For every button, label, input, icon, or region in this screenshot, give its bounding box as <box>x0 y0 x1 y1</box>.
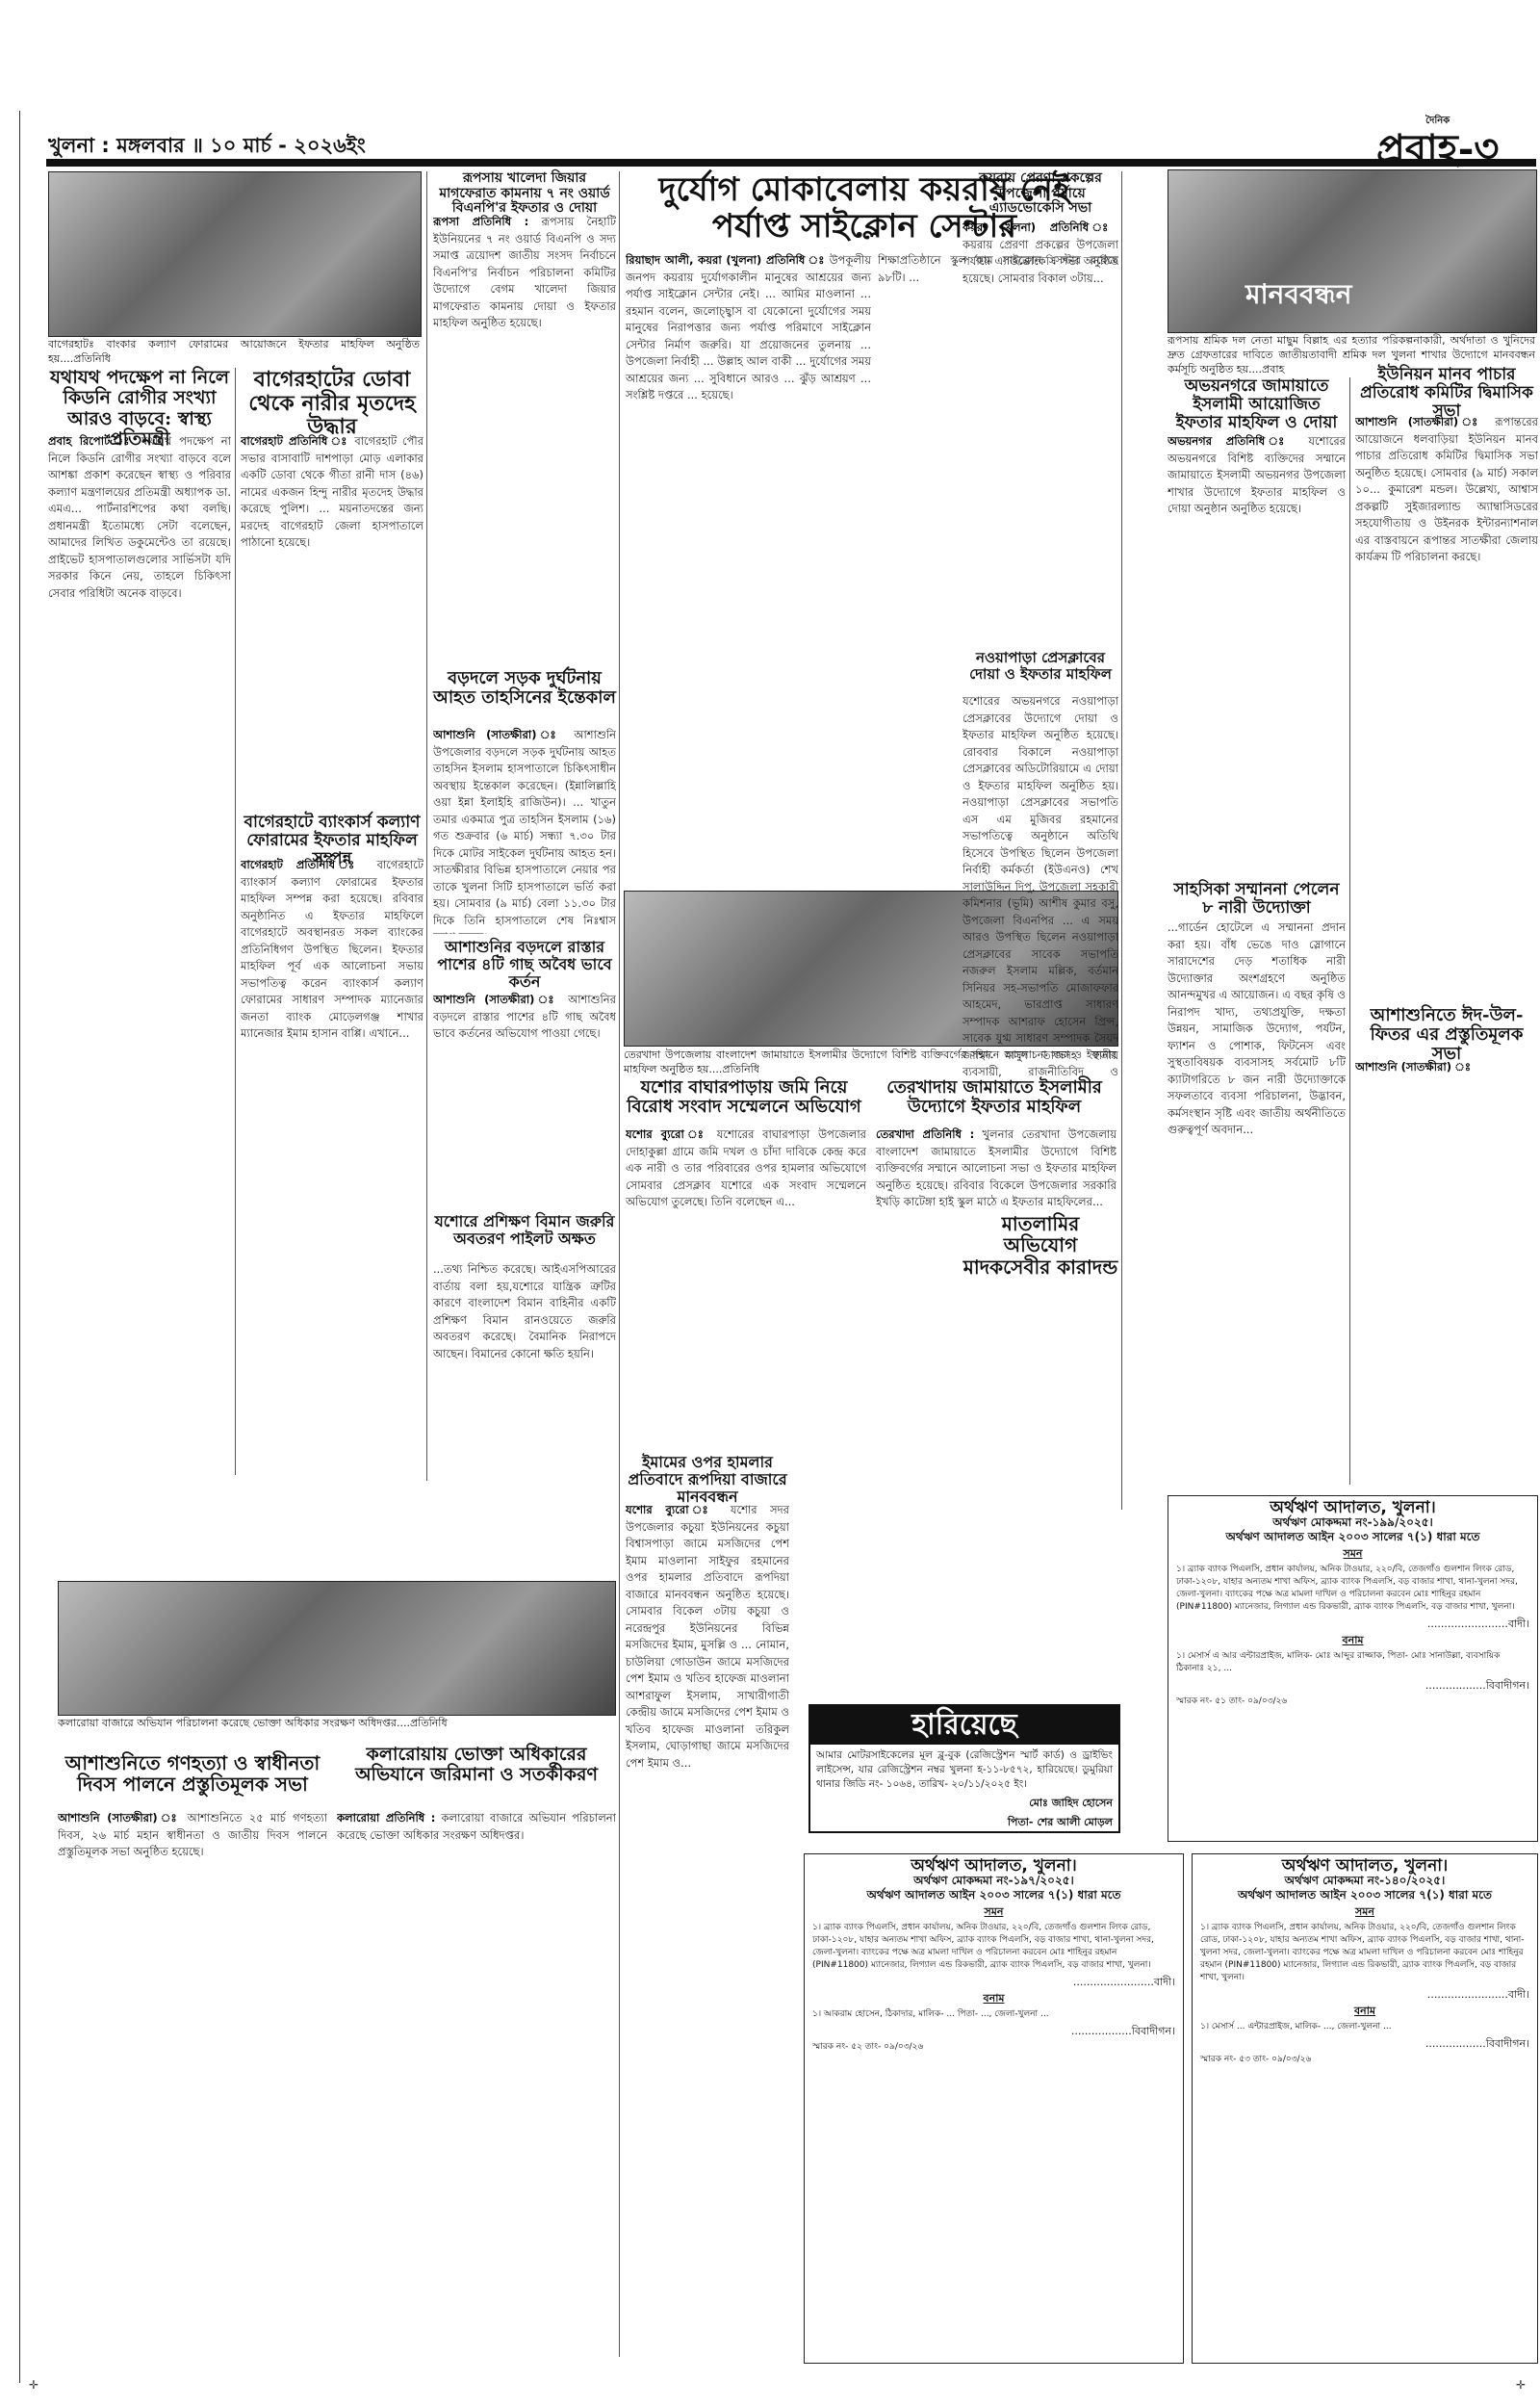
plaintiff-text: ১। ব্র্যাক ব্যাংক পিএলসি, প্রধান কার্যাল… <box>1200 1922 1529 1984</box>
defendant-text: ১। মেসার্স ... এন্টারপ্রাইজ, মালিক- ...,… <box>1200 2021 1529 2033</box>
headline-kalaroa: কলারোয়ায় ভোক্তা অধিকারের অভিযানে জরিমা… <box>337 1745 616 1786</box>
court-name: অর্থঋণ আদালত, খুলনা। <box>1200 1860 1529 1873</box>
defendant-label: ..................বিবাদীগন। <box>1200 2037 1529 2050</box>
article-body: রূপসায় নৈহাটি ইউনিয়নের ৭ নং ওয়ার্ড বি… <box>433 215 616 329</box>
article-kalaroa: কলারোয়া প্রতিনিধি : কলারোয়া বাজারে অভি… <box>337 1810 616 2349</box>
summons-label: সমন <box>1200 1905 1529 1918</box>
versus-label: বনাম <box>1176 1634 1529 1646</box>
masthead: দৈনিক প্রবাহ-৩ The Daily Probaho <box>1376 114 1499 177</box>
photo-caption: বাগেরহাটঃ বাংকার কল্যাণ ফোরামের আয়োজনে … <box>48 337 420 366</box>
headline-rupsha-bnp: রূপসায় খালেদা জিয়ার মাগফেরাত কামনায় ৭… <box>433 171 616 217</box>
article-jessore-plane: ...তথ্য নিশ্চিত করেছে। আইএসপিআরের বার্তা… <box>433 1261 616 1473</box>
plaintiff-label: ........................বাদী। <box>812 1976 1175 1988</box>
article-body-note: কুমারেশ মন্ডল। উল্লেখ্য, আশ্বাস প্রকল্পট… <box>1355 482 1538 563</box>
headline-drug-addict: মাতলামির অভিযোগ মাদকসেবীর কারাদন্ড <box>962 1213 1118 1278</box>
article-imam-attack: যশোর ব্যুরো ঃ যশোর সদর উপজেলার কচুয়া ইউ… <box>626 1502 789 2349</box>
article-trees: আশাশুনি (সাতক্ষীরা) ঃ আশাশুনির বড়দলে রা… <box>433 992 616 1203</box>
defendant-label: ..................বিবাদীগন। <box>812 2025 1175 2037</box>
case-number: অর্থঋণ মোকদ্দমা নং-১৯৭/২০২৫। <box>812 1875 1175 1887</box>
case-number: অর্থঋণ মোকদ্দমা নং-১৪০/২০২৫। <box>1200 1875 1529 1887</box>
plaintiff-label: ........................বাদী। <box>1176 1618 1529 1630</box>
byline: আশাশুনি (সাতক্ষীরা) ঃ <box>1355 415 1484 428</box>
article-trafficking: আশাশুনি (সাতক্ষীরা) ঃ রূপান্তরের আয়োজনে… <box>1355 414 1538 915</box>
court-notice-199: অর্থঋণ আদালত, খুলনা। অর্থঋণ মোকদ্দমা নং-… <box>1168 1495 1538 1842</box>
memo-footer: স্মারক নং- ৫২ তাং- ০৯/০৩/২৬ <box>812 2041 1175 2054</box>
article-terokhada-iftar: তেরখাদা প্রতিনিধি : খুলনার তেরখাদা উপজেল… <box>876 1126 1116 1695</box>
court-name: অর্থঋণ আদালত, খুলনা। <box>1176 1502 1529 1514</box>
byline: কয়রা (খুলনা) প্রতিনিধি ঃ <box>962 220 1118 234</box>
article-abhaynagar: অভয়নগর প্রতিনিধি ঃ যশোরের অভয়নগরে বিশি… <box>1168 433 1346 876</box>
plaintiff-text: ১। ব্র্যাক ব্যাংক পিএলসি, প্রধান কার্যাল… <box>812 1922 1175 1972</box>
byline: প্রবাহ রিপোর্ট ঃ <box>48 434 134 448</box>
byline: আশাশুনি (সাতক্ষীরা) ঃ <box>58 1811 180 1825</box>
headline-koyra-advocacy: কয়রায় প্রেরণা প্রকল্পের উপজেলা পর্যায়… <box>962 171 1118 217</box>
plaintiff-label: ........................বাদী। <box>1200 1988 1529 2001</box>
article-cyclone-col1: রিয়াছাদ আলী, কয়রা (খুলনা) প্রতিনিধি ঃ … <box>626 252 871 878</box>
photo-caption: কলারোয়া বাজারে অভিযান পরিচালনা করেছে ভো… <box>58 1716 614 1730</box>
article-bagerhat-body: বাগেরহাট প্রতিনিধি ঃ বাগেরহাট পৌর সভার ব… <box>241 433 423 809</box>
article-eid: আশাশুনি (সাতক্ষীরা) ঃ <box>1355 1059 1538 1483</box>
article-body: যশোরের অভয়নগরে নওয়াপাড়া প্রেসক্লাবের … <box>962 694 1118 1078</box>
summons-label: সমন <box>1176 1547 1529 1560</box>
article-body: আশাশুনি উপজেলার বড়দলে সড়ক দুর্ঘটনায় আ… <box>433 728 616 934</box>
article-women-entrepreneurs: ...গার্ডেন হোটেলে এ সম্মাননা প্রদান করা … <box>1168 919 1346 1488</box>
top-rule <box>46 159 1536 167</box>
headline-imam-attack: ইমামের ওপর হামলার প্রতিবাদে রূপদিয়া বাজ… <box>626 1454 789 1506</box>
byline: বাগেরহাট প্রতিনিধি ঃ <box>241 858 364 871</box>
plaintiff-text: ১। ব্র্যাক ব্যাংক পিএলসি, প্রধান কার্যাল… <box>1176 1564 1529 1614</box>
byline: আশাশুনি (সাতক্ষীরা) ঃ <box>1355 1060 1471 1074</box>
headline-genocide-day: আশাশুনিতে গণহত্যা ও স্বাধীনতা দিবস পালনে… <box>58 1752 327 1796</box>
defendant-label: ..................বিবাদীগন। <box>1176 1679 1529 1692</box>
byline: অভয়নগর প্রতিনিধি ঃ <box>1168 434 1295 448</box>
crop-mark-icon: ✛ <box>29 2378 38 2392</box>
article-tahsin: আশাশুনি (সাতক্ষীরা) ঃ আশাশুনি উপজেলার বড… <box>433 727 616 934</box>
lost-notice-father: পিতা- শের আলী মোড়ল <box>810 1815 1118 1834</box>
article-kidney: প্রবাহ রিপোর্ট ঃ যথাযথ পদক্ষেপ না নিলে ক… <box>48 433 231 1473</box>
article-genocide-day: আশাশুনি (সাতক্ষীরা) ঃ আশাশুনিতে ২৫ মার্চ… <box>58 1810 327 2349</box>
article-body: ...গার্ডেন হোটেলে এ সম্মাননা প্রদান করা … <box>1168 920 1346 1136</box>
defendant-text: ১। মেসার্স এ আর এন্টারপ্রাইজ, মালিক- মোঃ… <box>1176 1650 1529 1675</box>
memo-footer: স্মারক নং- ৫১ তাং- ০৯/০৩/২৬ <box>1176 1695 1529 1708</box>
page-margin-rule <box>19 111 20 2383</box>
lost-notice-name: মোঃ জাহিদ হোসেন <box>810 1796 1118 1815</box>
byline: কলারোয়া প্রতিনিধি : <box>337 1811 435 1825</box>
headline-trees: আশাশুনির বড়দলে রাস্তার পাশের ৪টি গাছ অব… <box>433 939 616 991</box>
byline: যশোর ব্যুরো ঃ <box>626 1127 708 1141</box>
article-bankers: বাগেরহাট প্রতিনিধি ঃ বাগেরহাটে ব্যাংকার্… <box>241 857 423 1473</box>
byline: আশাশুনি (সাতক্ষীরা) ঃ <box>433 728 563 741</box>
article-body: বাগেরহাট পৌর সভার বাসাবাটি দাশপাড়া মোড়… <box>241 434 423 549</box>
column-rule <box>235 368 236 1475</box>
byline: বাগেরহাট প্রতিনিধি ঃ <box>241 434 349 448</box>
headline-jessore-plane: যশোরে প্রশিক্ষণ বিমান জরুরি অবতরণ পাইলট … <box>433 1213 616 1248</box>
column-rule <box>1349 377 1350 1485</box>
headline-noapara-press: নওয়াপাড়া প্রেসক্লাবের দোয়া ও ইফতার মা… <box>962 650 1118 683</box>
article-body: যশোর সদর উপজেলার কচুয়া ইউনিয়নের কচুয়া… <box>626 1503 789 1770</box>
act-reference: অর্থঋণ আদালত আইন ২০০৩ সালের ৭(১) ধারা মত… <box>1176 1531 1529 1543</box>
kalaroa-market-photo <box>58 1581 616 1716</box>
column-rule <box>619 171 620 2357</box>
headline-terokhada-iftar: তেরখাদায় জামায়াতে ইসলামীর উদ্যোগে ইফতা… <box>874 1078 1115 1117</box>
article-body: ...তথ্য নিশ্চিত করেছে। আইএসপিআরের বার্তা… <box>433 1262 616 1360</box>
lost-notice-title: হারিয়েছে <box>810 1706 1118 1745</box>
summons-label: সমন <box>812 1905 1175 1918</box>
article-body: উপকূলীয় জনপদ কয়রায় দুর্যোগকালীন মানুষ… <box>626 253 871 401</box>
headline-women-entrepreneurs: সাহসিকা সম্মাননা পেলেন ৮ নারী উদ্যোক্তা <box>1168 881 1346 918</box>
column-rule <box>1121 171 1122 1510</box>
byline: আশাশুনি (সাতক্ষীরা) ঃ <box>433 993 559 1006</box>
banner-text: মানববন্ধন <box>1245 273 1351 319</box>
headline-bagharpara-land: যশোর বাঘারপাড়ায় জমি নিয়ে বিরোধ সংবাদ … <box>624 1078 864 1117</box>
court-name: অর্থঋণ আদালত, খুলনা। <box>812 1860 1175 1873</box>
article-rupsha-bnp: রূপসা প্রতিনিধি : রূপসায় নৈহাটি ইউনিয়ন… <box>433 214 616 666</box>
article-noapara-press: যশোরের অভয়নগরে নওয়াপাড়া প্রেসক্লাবের … <box>962 693 1118 1078</box>
headline-abhaynagar: অভয়নগরে জামায়াতে ইসলামী আয়োজিত ইফতার … <box>1168 377 1346 432</box>
lost-notice-box: হারিয়েছে আমার মোটরসাইকেলের মূল ব্লু-বুক… <box>808 1704 1120 1833</box>
court-notice-140: অর্থঋণ আদালত, খুলনা। অর্থঋণ মোকদ্দমা নং-… <box>1192 1853 1538 2364</box>
case-number: অর্থঋণ মোকদ্দমা নং-১৯৯/২০২৫। <box>1176 1516 1529 1529</box>
versus-label: বনাম <box>1200 2005 1529 2017</box>
headline-trafficking: ইউনিয়ন মানব পাচার প্রতিরোধ কমিটির দ্বিম… <box>1355 366 1538 421</box>
article-body: কয়রায় প্রেরণা প্রকল্পের উপজেলা পর্যায়… <box>962 238 1118 285</box>
byline: তেরখাদা প্রতিনিধি : <box>876 1127 974 1141</box>
column-rule <box>426 171 427 1481</box>
lost-notice-body: আমার মোটরসাইকেলের মূল ব্লু-বুক (রেজিস্ট্… <box>810 1745 1118 1796</box>
memo-footer: স্মারক নং- ৫৩ তাং- ০৯/০৩/২৬ <box>1200 2054 1529 2066</box>
article-body: যথাযথ পদক্ষেপ না নিলে কিডনি রোগীর সংখ্যা… <box>48 434 231 600</box>
court-notice-197: অর্থঋণ আদালত, খুলনা। অর্থঋণ মোকদ্দমা নং-… <box>804 1853 1184 2364</box>
manobbondhon-photo: মানববন্ধন <box>1168 169 1537 333</box>
byline: রিয়াছাদ আলী, কয়রা (খুলনা) প্রতিনিধি ঃ <box>626 253 825 267</box>
bagerhat-iftar-photo <box>48 171 422 337</box>
byline: রূপসা প্রতিনিধি : <box>433 215 528 228</box>
act-reference: অর্থঋণ আদালত আইন ২০০৩ সালের ৭(১) ধারা মত… <box>812 1889 1175 1902</box>
article-body: বাগেরহাটে ব্যাংকার্স কল্যাণ ফোরামের ইফতা… <box>241 858 423 1040</box>
crop-mark-icon: ✛ <box>1516 2378 1526 2392</box>
defendant-text: ১। আকরাম হোসেন, ঠিকাদার, মালিক- ... পিতা… <box>812 2008 1175 2021</box>
headline-eid: আশাশুনিতে ঈদ-উল-ফিতর এর প্রস্তুতিমূলক সভ… <box>1355 1006 1538 1064</box>
act-reference: অর্থঋণ আদালত আইন ২০০৩ সালের ৭(১) ধারা মত… <box>1200 1889 1529 1902</box>
versus-label: বনাম <box>812 1992 1175 2005</box>
headline-bagerhat-body: বাগেরহাটের ডোবা থেকে নারীর মৃতদেহ উদ্ধার <box>241 368 423 439</box>
headline-tahsin: বড়দলে সড়ক দুর্ঘটনায় আহত তাহসিনের ইন্ত… <box>433 669 616 708</box>
byline: যশোর ব্যুরো ঃ <box>626 1503 717 1516</box>
article-koyra-advocacy: কয়রা (খুলনা) প্রতিনিধি ঃ কয়রায় প্রেরণ… <box>962 220 1118 643</box>
